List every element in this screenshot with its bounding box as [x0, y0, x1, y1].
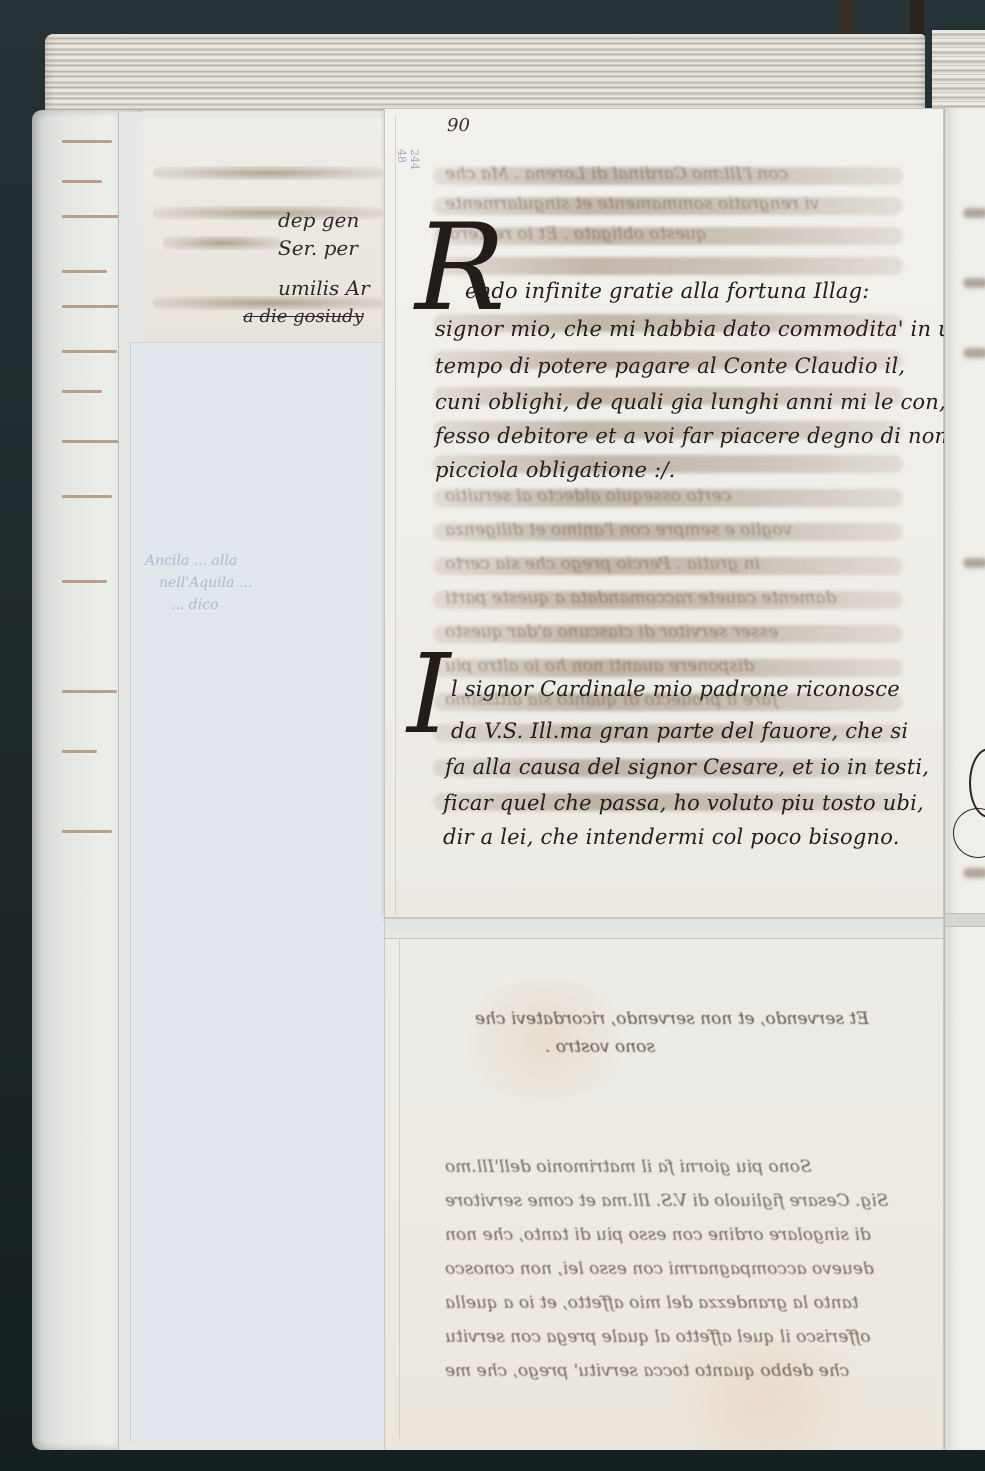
bleedthrough-text: Et servendo, et non servendo, ricordatev… [475, 1009, 869, 1029]
edge-writing [62, 440, 122, 443]
pencil-note: Ancila ... alla [145, 553, 237, 569]
pencil-note: ... dico [171, 597, 219, 613]
letter-line: picciola obligatione :/. [435, 458, 676, 482]
paper-stain [635, 1339, 895, 1459]
bleedthrough-text: in gratia . Percio prego che sia certo [445, 554, 760, 574]
decorated-initial: R [415, 209, 505, 329]
bleedthrough-text: tanto la grandezza del mio affetto, et i… [445, 1293, 859, 1313]
edge-writing [62, 140, 112, 143]
letter-line: signor mio, che mi habbia dato commodita… [435, 317, 966, 341]
edge-writing [62, 350, 117, 353]
pencil-note: nell'Aquila ... [159, 575, 252, 591]
page-edge-stack-right [932, 30, 985, 110]
letter-line: tempo di potere pagare al Conte Claudio … [435, 354, 905, 378]
edge-writing [62, 215, 122, 218]
bleedthrough-text: deuevo accompagnarmi con esso lei, non c… [445, 1259, 874, 1279]
bleedthrough-text: voglio e sempre con l'animo et diligenza [445, 520, 792, 540]
letter-page: 90 244 48 con l'Ill:mo Cardinal di Loren… [384, 108, 944, 918]
lower-page: Et servendo, et non servendo, ricordatev… [384, 918, 944, 1453]
bleedthrough-text: Sig. Cesare figliuolo di V.S. Ill.ma et … [445, 1191, 888, 1211]
edge-writing [62, 180, 102, 183]
bleedthrough-mark [963, 278, 985, 288]
page-edge [399, 939, 400, 1439]
pencil-foliation: 244 48 [395, 149, 421, 170]
bleedthrough-text: damente cauete raccomandata a queste par… [445, 588, 836, 608]
edge-writing [62, 690, 117, 693]
paper-slip: Ancila ... alla nell'Aquila ... ... dico [130, 342, 390, 1442]
edge-writing [62, 580, 107, 583]
bleedthrough-line [153, 166, 383, 180]
ink-note: dep gen [278, 208, 359, 232]
letter-line: endo infinite gratie alla fortuna Illag: [465, 279, 870, 303]
bleedthrough-line [163, 236, 283, 250]
letter-line: fa alla causa del signor Cesare, et io i… [445, 755, 929, 779]
edge-writing [62, 495, 112, 498]
edge-writing [62, 390, 102, 393]
right-page-edge [944, 108, 985, 1453]
bleedthrough-mark [963, 868, 985, 878]
bleedthrough-text: Sono piu giorni fa il matrimonio dell'Il… [445, 1157, 812, 1177]
initial-flourish [953, 808, 985, 858]
letter-line: cuni oblighi, de quali gia lunghi anni m… [435, 390, 946, 414]
bleedthrough-text: che debbo quanto tocca servitu' prego, c… [445, 1361, 849, 1381]
letter-line: da V.S. Ill.ma gran parte del fauore, ch… [451, 719, 908, 743]
bleedthrough-text: esser servitor di ciascuno a'dar questo [445, 622, 778, 642]
ink-note: umilis Ar [278, 276, 370, 300]
dark-background-bottom [0, 1450, 985, 1471]
left-sheet-upper: dep gen Ser. per umilis Ar a die gosiudy [143, 118, 388, 346]
folio-number: 90 [447, 115, 470, 136]
bleedthrough-mark [963, 208, 985, 218]
letter-line: l signor Cardinale mio padrone riconosce [451, 677, 900, 701]
ink-note: Ser. per [278, 236, 358, 260]
bleedthrough-mark [963, 348, 985, 358]
page-fold [945, 913, 985, 927]
page-fold [385, 919, 943, 939]
bleedthrough-text: offerisco il quel affetto al quale prega… [445, 1327, 871, 1347]
ink-note: a die gosiudy [243, 306, 364, 327]
bleedthrough-text: sono vostro . [545, 1037, 655, 1057]
bleedthrough-mark [963, 558, 985, 568]
edge-writing [62, 270, 107, 273]
bleedthrough-text: di singolare ordine con esso piu di tant… [445, 1225, 871, 1245]
letter-line: ficar quel che passa, ho voluto piu tost… [443, 791, 924, 815]
bleedthrough-text: disponere auanti non ho io altro piu [445, 656, 754, 676]
page-edge [395, 115, 396, 915]
bleedthrough-text: certo ossequio aldecto al seruitio [445, 486, 731, 506]
edge-writing [62, 750, 97, 753]
letter-line: fesso debitore et a voi far piacere degn… [435, 424, 948, 448]
letter-line: dir a lei, che intendermi col poco bisog… [443, 825, 900, 849]
bleedthrough-text: con l'Ill:mo Cardinal di Lorena . Ma che [445, 164, 788, 184]
edge-writing [62, 830, 112, 833]
